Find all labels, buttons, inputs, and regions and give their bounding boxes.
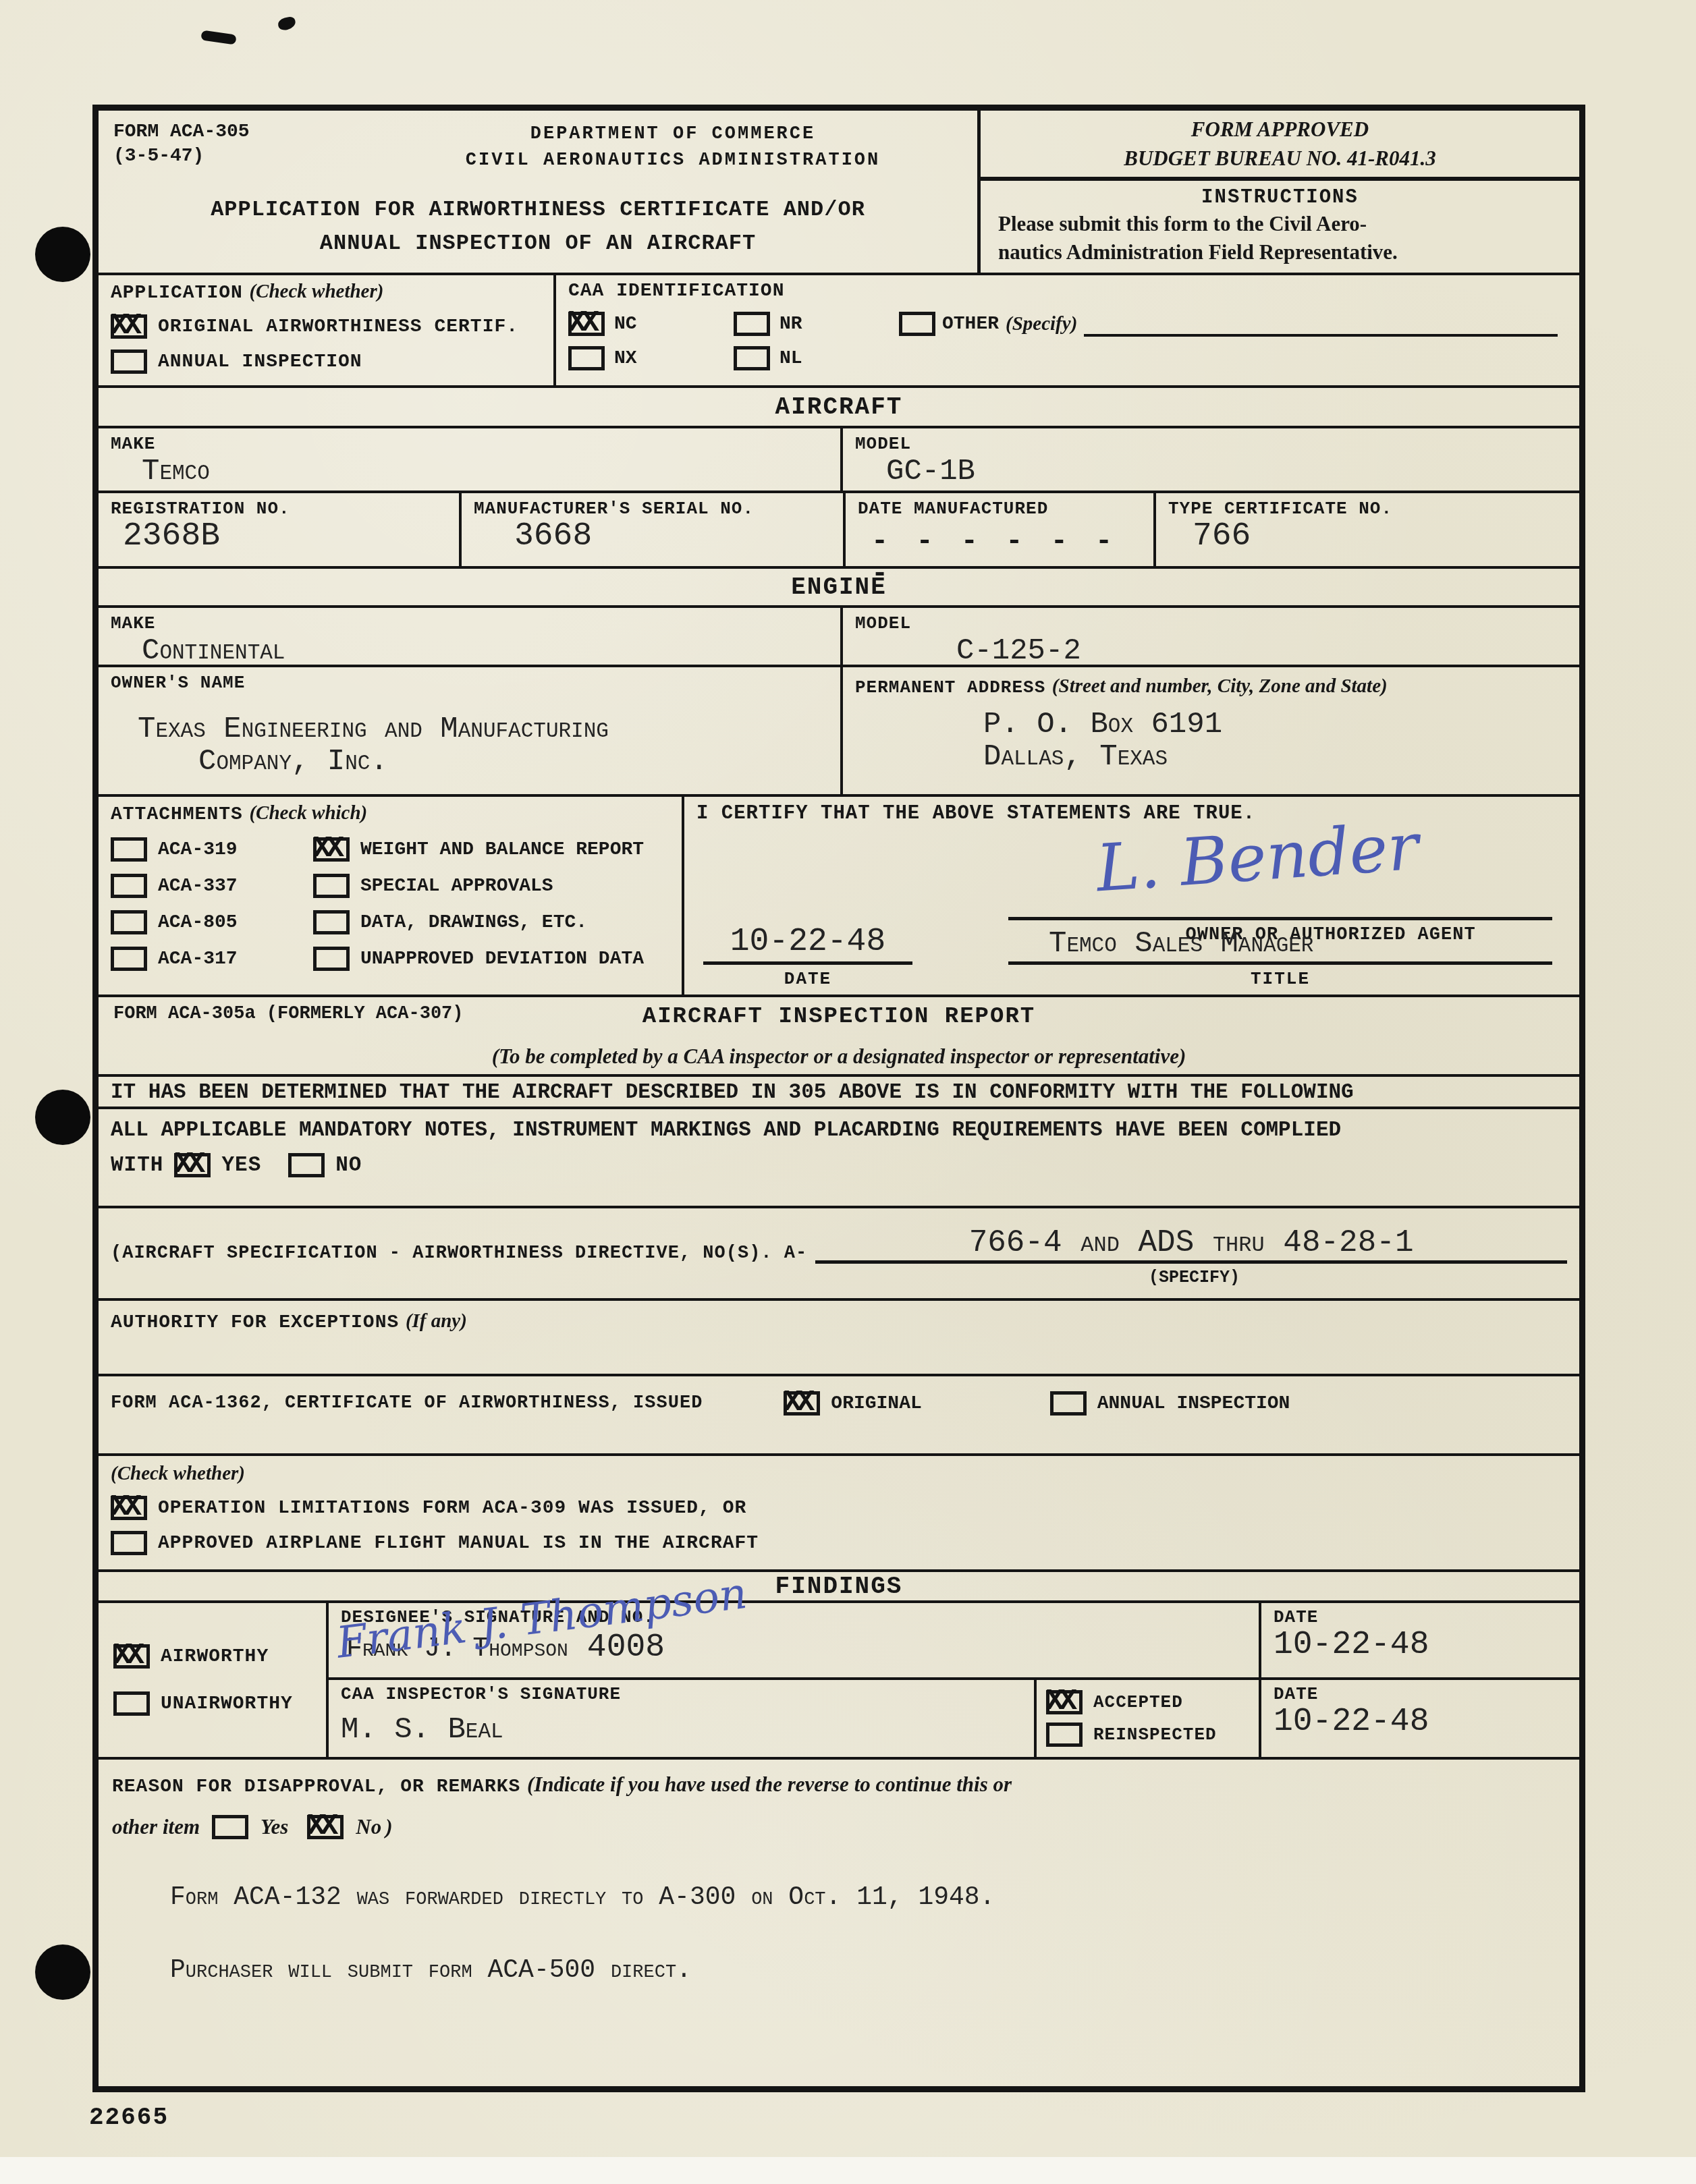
scanned-form-page: FORM ACA-305 (3-5-47) DEPARTMENT OF COMM… (0, 0, 1696, 2184)
checkbox-special-approvals (313, 874, 350, 898)
ink-mark (200, 30, 237, 45)
application-section: APPLICATION (Check whether) XX ORIGINAL … (99, 275, 556, 385)
inspector-date-field: DATE 10-22-48 (1259, 1680, 1579, 1757)
checkbox-reverse-yes (212, 1815, 248, 1839)
option-aca-337: ACA-337 (111, 874, 313, 898)
authority-label: AUTHORITY FOR EXCEPTIONS (111, 1312, 399, 1333)
designee-date-field: DATE 10-22-48 (1259, 1603, 1579, 1677)
form-number-line1: FORM ACA-305 (113, 120, 250, 144)
certify-title-line (1008, 961, 1552, 965)
option-operation-limitations-label: OPERATION LIMITATIONS FORM ACA-309 WAS I… (158, 1498, 746, 1519)
document-title-line1: APPLICATION FOR AIRWORTHINESS CERTIFICAT… (99, 193, 977, 227)
owner-address-line1: P. O. Box 6191 (983, 708, 1567, 741)
inspection-report-title: AIRCRAFT INSPECTION REPORT (99, 1004, 1579, 1030)
form-border-box: FORM ACA-305 (3-5-47) DEPARTMENT OF COMM… (92, 105, 1585, 2092)
authority-note: (If any) (406, 1310, 467, 1332)
checkbox-compliance-yes: XX (174, 1153, 211, 1177)
checkbox-compliance-no (288, 1153, 325, 1177)
certification-section: I CERTIFY THAT THE ABOVE STATEMENTS ARE … (684, 797, 1579, 995)
option-other-label: OTHER (942, 314, 999, 335)
checkbox-aca-337 (111, 874, 147, 898)
engine-make-model-row: MAKE Continental MODEL C-125-2 (99, 605, 1579, 665)
inspector-name: M. S. Beal (341, 1714, 1022, 1746)
attachments-label: ATTACHMENTS (111, 804, 243, 825)
owner-name-label: OWNER'S NAME (111, 673, 828, 693)
option-reinspected-label: REINSPECTED (1093, 1725, 1217, 1745)
owner-row: OWNER'S NAME Texas Engineering and Manuf… (99, 665, 1579, 794)
inspector-date-label: DATE (1274, 1684, 1567, 1704)
option-other: OTHER (Specify) (899, 311, 1567, 337)
option-nr: NR (734, 312, 899, 336)
owner-address-field: PERMANENT ADDRESS (Street and number, Ci… (843, 667, 1579, 794)
option-aca-805-label: ACA-805 (158, 912, 238, 933)
checkbox-original-airworthiness: XX (111, 314, 147, 339)
inspection-report-subtitle: (To be completed by a CAA inspector or a… (99, 1044, 1579, 1069)
checkbox-reinspected (1046, 1723, 1083, 1747)
attachment-row-2: ACA-337 SPECIAL APPROVALS (111, 874, 669, 898)
acceptance-field: XX ACCEPTED REINSPECTED (1034, 1680, 1259, 1757)
specification-label: (AIRCRAFT SPECIFICATION - AIRWORTHINESS … (111, 1243, 807, 1264)
header-right: FORM APPROVED BUDGET BUREAU NO. 41-R041.… (977, 111, 1579, 273)
option-original-airworthiness-label: ORIGINAL AIRWORTHINESS CERTIF. (158, 316, 518, 337)
checkbox-operation-limitations: XX (111, 1496, 147, 1520)
option-annual-inspection-label: ANNUAL INSPECTION (158, 352, 362, 372)
remarks-note-line1: (Indicate if you have used the reverse t… (527, 1772, 1012, 1796)
option-airworthy: XX AIRWORTHY (113, 1644, 326, 1669)
option-aca-317-label: ACA-317 (158, 949, 238, 970)
checkbox-nx (568, 346, 605, 370)
certify-statement: I CERTIFY THAT THE ABOVE STATEMENTS ARE … (696, 802, 1567, 824)
instructions-line2: nautics Administration Field Representat… (998, 238, 1562, 267)
option-nc-label: NC (614, 314, 637, 335)
aircraft-model-label: MODEL (855, 434, 1567, 454)
checkbox-unairworthy (113, 1691, 150, 1716)
compliance-with-label: WITH (111, 1154, 163, 1177)
option-weight-balance-label: WEIGHT AND BALANCE REPORT (360, 839, 644, 860)
date-manufactured-label: DATE MANUFACTURED (858, 499, 1141, 519)
designee-date-label: DATE (1274, 1607, 1567, 1627)
option-nl: NL (734, 346, 899, 370)
remarks-yes-label: Yes (261, 1815, 288, 1839)
hole-punch (35, 1090, 90, 1145)
remarks-label: REASON FOR DISAPPROVAL, OR REMARKS (112, 1776, 520, 1797)
option-flight-manual: APPROVED AIRPLANE FLIGHT MANUAL IS IN TH… (111, 1531, 1567, 1555)
owner-name-line1: Texas Engineering and Manufacturing (138, 713, 828, 746)
option-unapproved-deviation: UNAPPROVED DEVIATION DATA (313, 947, 669, 971)
compliance-text: ALL APPLICABLE MANDATORY NOTES, INSTRUME… (99, 1109, 1579, 1142)
check-mark: XX (113, 1639, 140, 1673)
attachment-row-3: ACA-805 DATA, DRAWINGS, ETC. (111, 910, 669, 934)
option-unairworthy-label: UNAIRWORTHY (161, 1693, 293, 1714)
checkbox-data-drawings (313, 910, 350, 934)
authority-row: AUTHORITY FOR EXCEPTIONS (If any) (99, 1298, 1579, 1374)
remarks-note-line2: other item (112, 1815, 200, 1839)
checkbox-aca-805 (111, 910, 147, 934)
document-title: APPLICATION FOR AIRWORTHINESS CERTIFICAT… (99, 193, 977, 260)
inspector-date-value: 10-22-48 (1274, 1704, 1567, 1740)
option-issued-annual-label: ANNUAL INSPECTION (1097, 1393, 1290, 1414)
aircraft-make-label: MAKE (111, 434, 828, 454)
aircraft-model-value: GC-1B (886, 455, 1567, 488)
instructions-body: Please submit this form to the Civil Aer… (998, 210, 1562, 267)
option-flight-manual-label: APPROVED AIRPLANE FLIGHT MANUAL IS IN TH… (158, 1533, 759, 1554)
specify-caption: (SPECIFY) (809, 1268, 1579, 1287)
option-nx: NX (568, 346, 734, 370)
option-nr-label: NR (779, 314, 802, 335)
findings-section-band: FINDINGS (99, 1569, 1579, 1600)
option-issued-original: XX ORIGINAL (784, 1391, 921, 1416)
aircraft-identity-row: REGISTRATION NO. 2368B MANUFACTURER'S SE… (99, 491, 1579, 566)
checkbox-nc: XX (568, 312, 605, 336)
option-annual-inspection: ANNUAL INSPECTION (111, 349, 541, 374)
specification-blank: 766-4 and ADS thru 48-28-1 (815, 1226, 1567, 1264)
option-airworthy-label: AIRWORTHY (161, 1646, 269, 1667)
attachments-section: ATTACHMENTS (Check which) ACA-319 XX WEI… (99, 797, 684, 995)
application-label: APPLICATION (111, 283, 243, 304)
check-mark: XX (313, 832, 339, 866)
determination-row: IT HAS BEEN DETERMINED THAT THE AIRCRAFT… (99, 1074, 1579, 1107)
specification-value: 766-4 and ADS thru 48-28-1 (969, 1226, 1414, 1260)
remarks-close-paren: ) (385, 1815, 392, 1839)
option-unapproved-deviation-label: UNAPPROVED DEVIATION DATA (360, 949, 644, 970)
type-certificate-field: TYPE CERTIFICATE NO. 766 (1156, 493, 1579, 566)
compliance-answer: WITH XX YES NO (99, 1153, 1579, 1177)
option-aca-805: ACA-805 (111, 910, 313, 934)
check-mark: XX (111, 1490, 137, 1524)
serial-number-value: 3668 (514, 519, 831, 555)
option-aca-319: ACA-319 (111, 837, 313, 862)
engine-model-label: MODEL (855, 613, 1567, 634)
owner-name-field: OWNER'S NAME Texas Engineering and Manuf… (99, 667, 843, 794)
option-aca-319-label: ACA-319 (158, 839, 238, 860)
check-mark: XX (307, 1810, 333, 1843)
certify-date-line (703, 961, 912, 965)
attachment-row-4: ACA-317 UNAPPROVED DEVIATION DATA (111, 947, 669, 971)
checkbox-nr (734, 312, 770, 336)
checkbox-nl (734, 346, 770, 370)
checkbox-issued-original: XX (784, 1391, 820, 1416)
owner-name-line2: Company, Inc. (198, 746, 828, 778)
operation-limitations-row: (Check whether) XX OPERATION LIMITATIONS… (99, 1453, 1579, 1569)
remarks-no-label: No (356, 1815, 381, 1839)
check-mark: XX (1046, 1685, 1072, 1718)
document-title-line2: ANNUAL INSPECTION OF AN AIRCRAFT (99, 227, 977, 260)
option-aca-317: ACA-317 (111, 947, 313, 971)
serial-number-field: MANUFACTURER'S SERIAL NO. 3668 (462, 493, 846, 566)
caa-identification-label: CAA IDENTIFICATION (568, 281, 1567, 302)
certificate-issued-row: FORM ACA-1362, CERTIFICATE OF AIRWORTHIN… (99, 1374, 1579, 1453)
remarks-typed-line1: Form ACA-132 was forwarded directly to A… (170, 1884, 1566, 1912)
option-special-approvals: SPECIAL APPROVALS (313, 874, 669, 898)
designee-date-value: 10-22-48 (1274, 1627, 1567, 1663)
instructions-line1: Please submit this form to the Civil Aer… (998, 210, 1562, 238)
date-manufactured-field: DATE MANUFACTURED - - - - - - - (846, 493, 1156, 566)
caa-id-row1: XX NC NR OTHER (Specify) (568, 311, 1567, 337)
aircraft-model-field: MODEL GC-1B (843, 428, 1579, 491)
aircraft-make-field: MAKE Temco (99, 428, 843, 491)
check-mark: XX (784, 1386, 810, 1420)
engine-model-value: C-125-2 (956, 635, 1567, 667)
option-data-drawings: DATA, DRAWINGS, ETC. (313, 910, 669, 934)
check-mark: XX (174, 1148, 200, 1181)
hole-punch (35, 227, 90, 282)
specification-row: (AIRCRAFT SPECIFICATION - AIRWORTHINESS … (99, 1206, 1579, 1298)
attachments-certify-row: ATTACHMENTS (Check which) ACA-319 XX WEI… (99, 794, 1579, 995)
check-whether-note: (Check whether) (111, 1463, 1567, 1485)
engine-make-field: MAKE Continental (99, 608, 843, 665)
certify-title-group: Temco Sales Manager TITLE (1008, 928, 1552, 989)
option-weight-balance: XX WEIGHT AND BALANCE REPORT (313, 837, 669, 862)
option-accepted-label: ACCEPTED (1093, 1692, 1183, 1712)
application-note: (Check whether) (249, 281, 383, 302)
aircraft-make-value: Temco (142, 455, 828, 488)
scan-edge-strip (0, 2157, 1696, 2184)
certificate-issued-label: FORM ACA-1362, CERTIFICATE OF AIRWORTHIN… (111, 1393, 703, 1413)
header-left: FORM ACA-305 (3-5-47) DEPARTMENT OF COMM… (99, 111, 977, 273)
registration-field: REGISTRATION NO. 2368B (99, 493, 462, 566)
agency-name: DEPARTMENT OF COMMERCE CIVIL AERONAUTICS… (389, 117, 957, 174)
checkbox-other (899, 312, 935, 336)
airworthiness-verdict: XX AIRWORTHY UNAIRWORTHY (99, 1603, 329, 1757)
registration-value: 2368B (123, 519, 447, 555)
certify-date-label: DATE (703, 969, 912, 989)
option-original-airworthiness: XX ORIGINAL AIRWORTHINESS CERTIF. (111, 314, 541, 339)
aircraft-section-band: AIRCRAFT (99, 385, 1579, 426)
option-accepted: XX ACCEPTED (1046, 1690, 1249, 1714)
compliance-yes-label: YES (221, 1154, 261, 1177)
compliance-row: ALL APPLICABLE MANDATORY NOTES, INSTRUME… (99, 1107, 1579, 1206)
engine-section-band: ENGINE (99, 566, 1579, 605)
remarks-section: REASON FOR DISAPPROVAL, OR REMARKS (Indi… (99, 1757, 1579, 2086)
certify-title-label: TITLE (1008, 969, 1552, 989)
application-row: APPLICATION (Check whether) XX ORIGINAL … (99, 273, 1579, 385)
findings-table: XX AIRWORTHY UNAIRWORTHY DESIGNEE'S SIGN… (99, 1600, 1579, 1757)
other-specify-blank (1084, 311, 1558, 337)
header-row: FORM ACA-305 (3-5-47) DEPARTMENT OF COMM… (99, 111, 1579, 273)
checkbox-aca-319 (111, 837, 147, 862)
hole-punch (35, 1944, 90, 2000)
certify-date-group: 10-22-48 DATE (703, 924, 912, 989)
engine-model-field: MODEL C-125-2 (843, 608, 1579, 665)
certify-title-value: Temco Sales Manager (1049, 928, 1552, 960)
option-nx-label: NX (614, 348, 637, 369)
option-nl-label: NL (779, 348, 802, 369)
determination-text: IT HAS BEEN DETERMINED THAT THE AIRCRAFT… (99, 1077, 1579, 1109)
checkbox-issued-annual (1050, 1391, 1087, 1416)
compliance-no-label: NO (335, 1154, 362, 1177)
inspector-signature-label: CAA INSPECTOR'S SIGNATURE (341, 1684, 1022, 1704)
registration-label: REGISTRATION NO. (111, 499, 447, 519)
checkbox-airworthy: XX (113, 1644, 150, 1669)
checkbox-unapproved-deviation (313, 947, 350, 971)
option-issued-original-label: ORIGINAL (831, 1393, 921, 1414)
instructions: INSTRUCTIONS Please submit this form to … (981, 181, 1579, 272)
form-number: FORM ACA-305 (3-5-47) (113, 120, 250, 169)
attachment-row-1: ACA-319 XX WEIGHT AND BALANCE REPORT (111, 837, 669, 862)
owner-address-line2: Dallas, Texas (983, 741, 1567, 773)
findings-right: DESIGNEE'S SIGNATURE AND NO. Frank J. Th… (329, 1603, 1579, 1757)
option-data-drawings-label: DATA, DRAWINGS, ETC. (360, 912, 587, 933)
approval-line1: FORM APPROVED (1191, 115, 1369, 144)
agency-line1: DEPARTMENT OF COMMERCE (389, 121, 957, 148)
option-unairworthy: UNAIRWORTHY (113, 1691, 326, 1716)
check-mark: XX (568, 306, 595, 340)
option-reinspected: REINSPECTED (1046, 1723, 1249, 1747)
caa-identification-section: CAA IDENTIFICATION XX NC NR OTHER (556, 275, 1579, 385)
attachments-note: (Check which) (249, 802, 367, 824)
type-certificate-label: TYPE CERTIFICATE NO. (1168, 499, 1567, 519)
budget-approval: FORM APPROVED BUDGET BUREAU NO. 41-R041.… (981, 111, 1579, 181)
option-nc: XX NC (568, 312, 734, 336)
checkbox-flight-manual (111, 1531, 147, 1555)
checkbox-weight-balance: XX (313, 837, 350, 862)
remarks-typed-line2: Purchaser will submit form ACA-500 direc… (170, 1957, 1566, 1985)
approval-line2: BUDGET BUREAU NO. 41-R041.3 (1124, 144, 1435, 173)
agency-line2: CIVIL AERONAUTICS ADMINISTRATION (389, 148, 957, 174)
option-special-approvals-label: SPECIAL APPROVALS (360, 876, 553, 897)
option-operation-limitations: XX OPERATION LIMITATIONS FORM ACA-309 WA… (111, 1496, 1567, 1520)
inspector-signature-field: CAA INSPECTOR'S SIGNATURE M. S. Beal (329, 1680, 1034, 1757)
check-mark: XX (111, 309, 137, 343)
checkbox-annual-inspection (111, 349, 147, 374)
ink-mark (277, 16, 297, 32)
option-other-note: (Specify) (1006, 313, 1077, 335)
option-issued-annual: ANNUAL INSPECTION (1050, 1391, 1290, 1416)
instructions-title: INSTRUCTIONS (998, 186, 1562, 208)
checkbox-accepted: XX (1046, 1690, 1083, 1714)
caa-id-row2: NX NL (568, 346, 1567, 370)
designee-signature-field: DESIGNEE'S SIGNATURE AND NO. Frank J. Th… (329, 1603, 1259, 1677)
serial-number-label: MANUFACTURER'S SERIAL NO. (474, 499, 831, 519)
form-number-line2: (3-5-47) (113, 144, 250, 169)
owner-address-note: (Street and number, City, Zone and State… (1052, 675, 1388, 697)
checkbox-reverse-no: XX (307, 1815, 344, 1839)
document-serial-number: 22665 (89, 2104, 169, 2131)
engine-make-value: Continental (142, 635, 828, 667)
type-certificate-value: 766 (1193, 519, 1567, 555)
option-aca-337-label: ACA-337 (158, 876, 238, 897)
engine-make-label: MAKE (111, 613, 828, 634)
aircraft-make-model-row: MAKE Temco MODEL GC-1B (99, 426, 1579, 491)
certify-date-value: 10-22-48 (703, 924, 912, 960)
inspection-report-header: FORM ACA-305a (FORMERLY ACA-307) AIRCRAF… (99, 995, 1579, 1074)
owner-address-label: PERMANENT ADDRESS (855, 677, 1045, 698)
checkbox-aca-317 (111, 947, 147, 971)
owner-signature-line (1008, 917, 1552, 920)
